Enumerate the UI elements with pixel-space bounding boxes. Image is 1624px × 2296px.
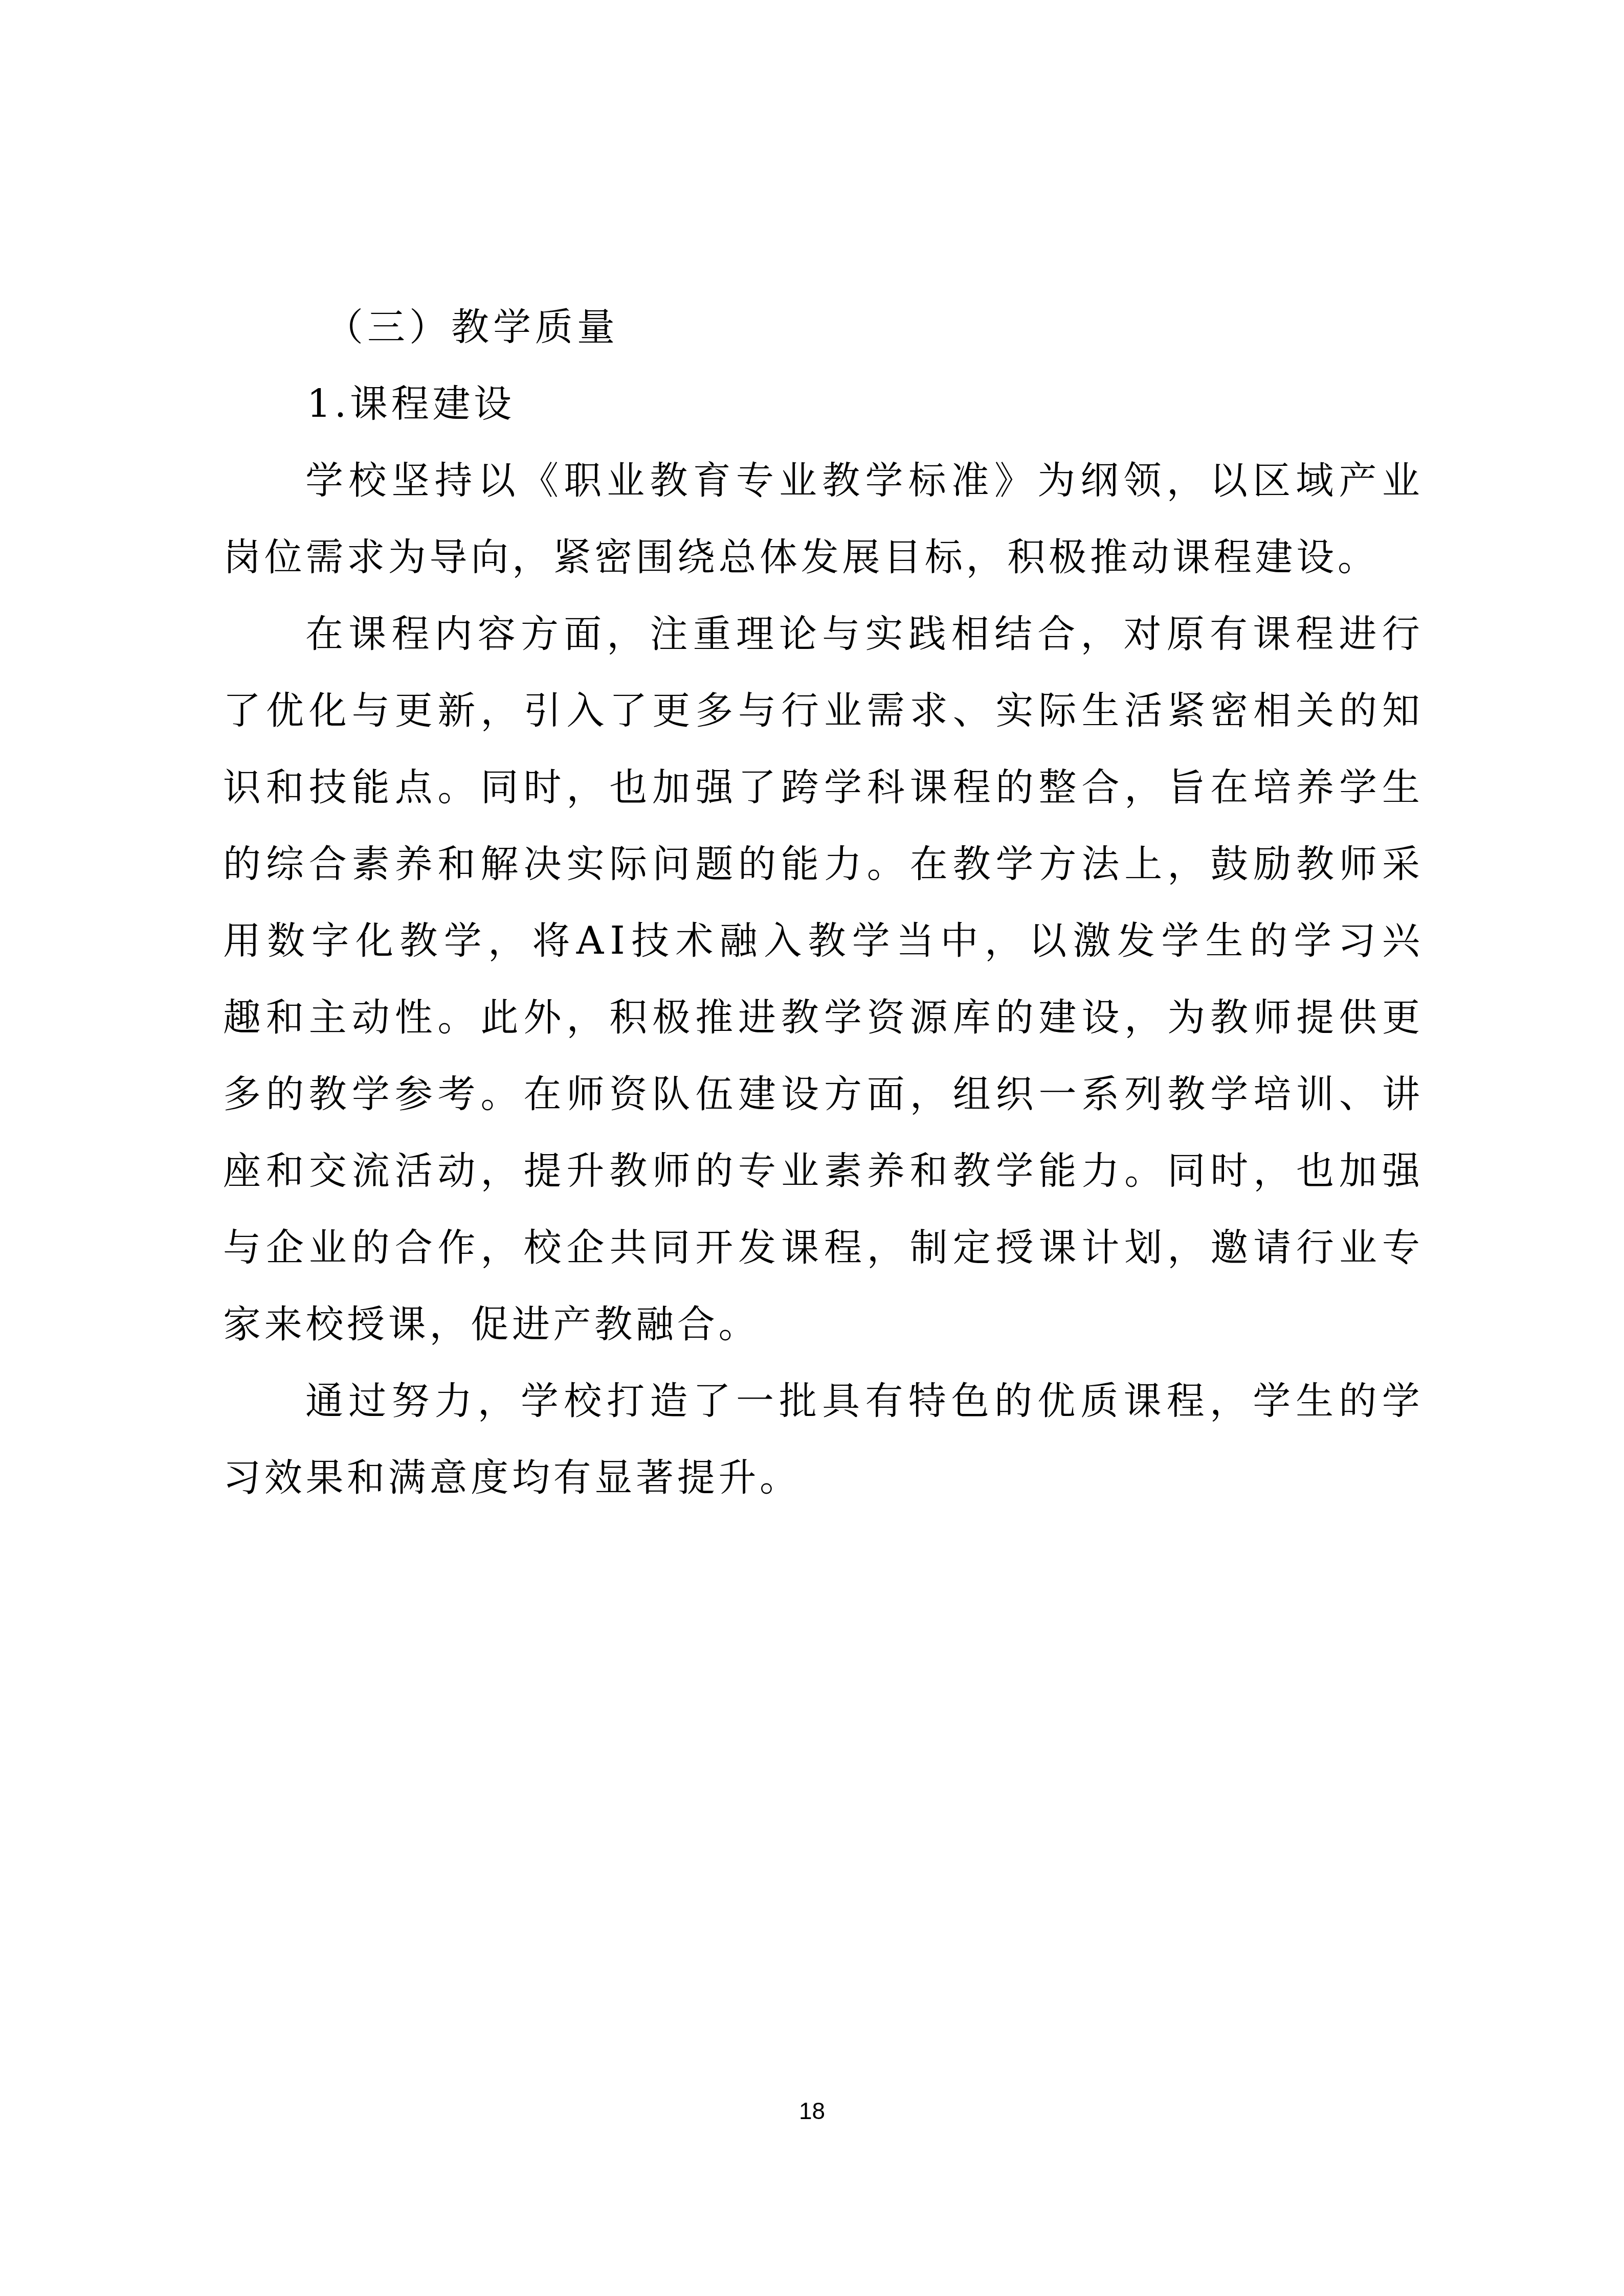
body-text: （三）教学质量 1.课程建设 学校坚持以《职业教育专业教学标准》为纲领，以区域产… (223, 289, 1420, 1516)
paragraph-line: 座和交流活动，提升教师的专业素养和教学能力。同时，也加强 (223, 1133, 1420, 1209)
paragraph-line: 在课程内容方面，注重理论与实践相结合，对原有课程进行 (223, 596, 1420, 672)
paragraph-line: 通过努力，学校打造了一批具有特色的优质课程，学生的学 (223, 1363, 1420, 1439)
paragraph-line: 习效果和满意度均有显著提升。 (223, 1439, 1420, 1516)
page-number: 18 (0, 2096, 1624, 2126)
subsection-heading: 1.课程建设 (223, 366, 1420, 442)
paragraph-line: 多的教学参考。在师资队伍建设方面，组织一系列教学培训、讲 (223, 1056, 1420, 1133)
paragraph-line: 岗位需求为导向，紧密围绕总体发展目标，积极推动课程建设。 (223, 519, 1420, 596)
paragraph-line: 用数字化教学，将AI技术融入教学当中，以激发学生的学习兴 (223, 903, 1420, 979)
paragraph-line: 学校坚持以《职业教育专业教学标准》为纲领，以区域产业 (223, 442, 1420, 519)
section-heading: （三）教学质量 (223, 289, 1420, 366)
document-page: （三）教学质量 1.课程建设 学校坚持以《职业教育专业教学标准》为纲领，以区域产… (0, 0, 1624, 2296)
paragraph-3: 通过努力，学校打造了一批具有特色的优质课程，学生的学 习效果和满意度均有显著提升… (223, 1363, 1420, 1516)
paragraph-1: 学校坚持以《职业教育专业教学标准》为纲领，以区域产业 岗位需求为导向，紧密围绕总… (223, 442, 1420, 596)
paragraph-line: 与企业的合作，校企共同开发课程，制定授课计划，邀请行业专 (223, 1209, 1420, 1286)
paragraph-line: 趣和主动性。此外，积极推进教学资源库的建设，为教师提供更 (223, 979, 1420, 1056)
paragraph-2: 在课程内容方面，注重理论与实践相结合，对原有课程进行 了优化与更新，引入了更多与… (223, 596, 1420, 1363)
paragraph-line: 了优化与更新，引入了更多与行业需求、实际生活紧密相关的知 (223, 672, 1420, 749)
paragraph-line: 家来校授课，促进产教融合。 (223, 1286, 1420, 1363)
paragraph-line: 的综合素养和解决实际问题的能力。在教学方法上，鼓励教师采 (223, 826, 1420, 903)
paragraph-line: 识和技能点。同时，也加强了跨学科课程的整合，旨在培养学生 (223, 749, 1420, 826)
